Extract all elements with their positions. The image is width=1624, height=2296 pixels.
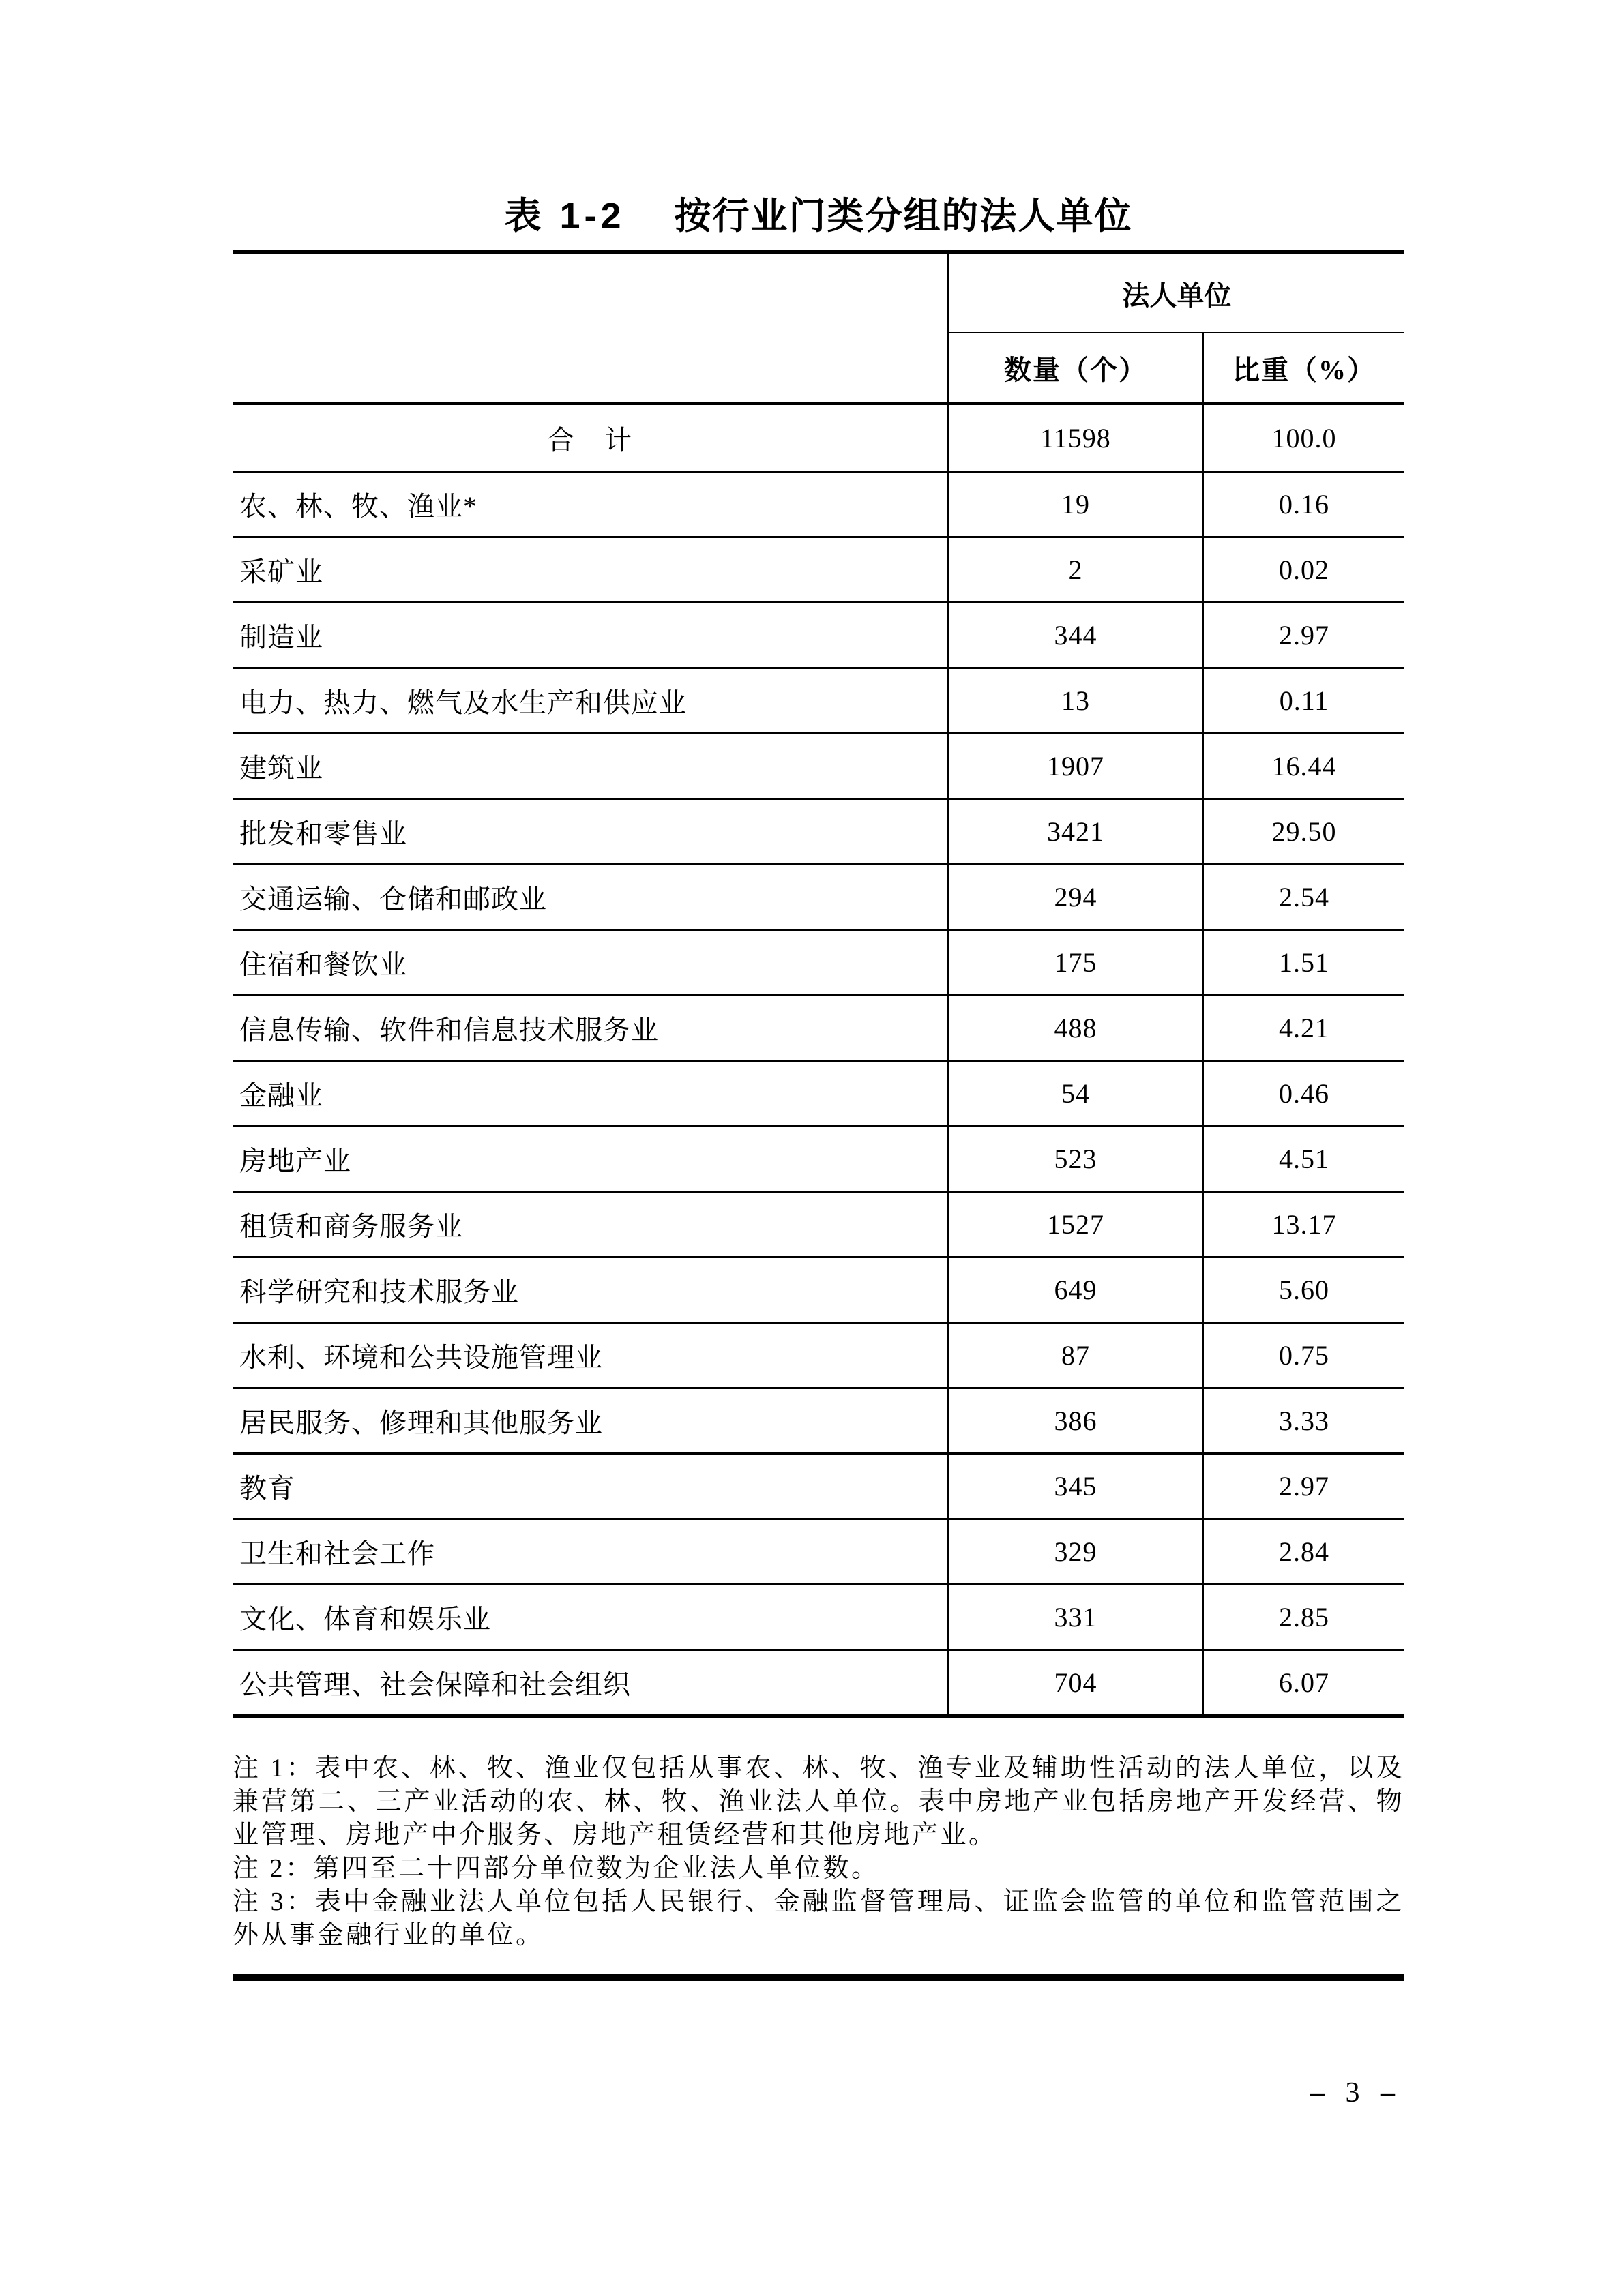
- industry-label-cell: 科学研究和技术服务业: [233, 1258, 947, 1322]
- industry-label-cell: 居民服务、修理和其他服务业: [233, 1389, 947, 1452]
- share-cell: 1.51: [1202, 931, 1404, 994]
- count-cell: 1527: [947, 1193, 1202, 1256]
- share-cell: 16.44: [1202, 734, 1404, 798]
- page-content: 表 1-2按行业门类分组的法人单位 法人单位 数量（个） 比重（%） 合 计 1…: [233, 0, 1404, 2109]
- industry-label-cell: 建筑业: [233, 734, 947, 798]
- page-number: – 3 –: [233, 2076, 1404, 2109]
- table-row: 居民服务、修理和其他服务业 386 3.33: [233, 1389, 1404, 1455]
- table-row: 公共管理、社会保障和社会组织 704 6.07: [233, 1651, 1404, 1714]
- share-cell: 0.02: [1202, 538, 1404, 601]
- industry-label-cell: 信息传输、软件和信息技术服务业: [233, 996, 947, 1060]
- share-cell: 0.11: [1202, 669, 1404, 732]
- table-row: 建筑业 1907 16.44: [233, 734, 1404, 800]
- table-row: 卫生和社会工作 329 2.84: [233, 1520, 1404, 1585]
- count-cell: 344: [947, 603, 1202, 667]
- table-row: 农、林、牧、渔业* 19 0.16: [233, 473, 1404, 538]
- industry-label-cell: 金融业: [233, 1062, 947, 1125]
- share-cell: 4.51: [1202, 1127, 1404, 1191]
- count-cell: 649: [947, 1258, 1202, 1322]
- table-header-row: 数量（个） 比重（%）: [233, 333, 1404, 405]
- table-row: 水利、环境和公共设施管理业 87 0.75: [233, 1324, 1404, 1389]
- bottom-rule: [233, 1974, 1404, 1981]
- column-group-header: 法人单位: [947, 254, 1404, 333]
- table-row: 科学研究和技术服务业 649 5.60: [233, 1258, 1404, 1324]
- share-cell: 5.60: [1202, 1258, 1404, 1322]
- table-header-group-row: 法人单位: [233, 254, 1404, 333]
- table-row: 金融业 54 0.46: [233, 1062, 1404, 1127]
- industry-label-cell: 电力、热力、燃气及水生产和供应业: [233, 669, 947, 732]
- count-cell: 294: [947, 865, 1202, 929]
- table-row: 教育 345 2.97: [233, 1455, 1404, 1520]
- total-label-cell: 合 计: [233, 405, 947, 471]
- total-count-cell: 11598: [947, 405, 1202, 471]
- table-row: 信息传输、软件和信息技术服务业 488 4.21: [233, 996, 1404, 1062]
- table-row: 制造业 344 2.97: [233, 603, 1404, 669]
- table-title-text: 按行业门类分组的法人单位: [675, 196, 1133, 237]
- share-cell: 0.16: [1202, 473, 1404, 536]
- document-page: 表 1-2按行业门类分组的法人单位 法人单位 数量（个） 比重（%） 合 计 1…: [0, 0, 1624, 2296]
- stub-header-cell-2: [233, 333, 947, 402]
- share-cell: 2.97: [1202, 1455, 1404, 1518]
- table-row: 文化、体育和娱乐业 331 2.85: [233, 1585, 1404, 1651]
- count-cell: 488: [947, 996, 1202, 1060]
- industry-table: 法人单位 数量（个） 比重（%） 合 计 11598 100.0 农、林、牧、渔…: [233, 250, 1404, 1718]
- industry-label-cell: 教育: [233, 1455, 947, 1518]
- industry-label-cell: 水利、环境和公共设施管理业: [233, 1324, 947, 1387]
- count-cell: 87: [947, 1324, 1202, 1387]
- share-cell: 29.50: [1202, 800, 1404, 863]
- count-cell: 331: [947, 1585, 1202, 1649]
- industry-label-cell: 制造业: [233, 603, 947, 667]
- table-row: 批发和零售业 3421 29.50: [233, 800, 1404, 865]
- table-row: 租赁和商务服务业 1527 13.17: [233, 1193, 1404, 1258]
- table-number: 表 1-2: [504, 196, 625, 237]
- stub-header-cell: [233, 254, 947, 333]
- share-cell: 2.84: [1202, 1520, 1404, 1583]
- footnote: 注 1：表中农、林、牧、渔业仅包括从事农、林、牧、渔专业及辅助性活动的法人单位，…: [233, 1752, 1404, 1852]
- table-row: 房地产业 523 4.51: [233, 1127, 1404, 1193]
- share-cell: 4.21: [1202, 996, 1404, 1060]
- industry-label-cell: 住宿和餐饮业: [233, 931, 947, 994]
- table-title: 表 1-2按行业门类分组的法人单位: [233, 195, 1404, 237]
- table-row: 住宿和餐饮业 175 1.51: [233, 931, 1404, 996]
- industry-label-cell: 租赁和商务服务业: [233, 1193, 947, 1256]
- industry-label-cell: 房地产业: [233, 1127, 947, 1191]
- industry-label-cell: 公共管理、社会保障和社会组织: [233, 1651, 947, 1714]
- table-row: 交通运输、仓储和邮政业 294 2.54: [233, 865, 1404, 931]
- share-column-header: 比重（%）: [1202, 333, 1404, 402]
- share-cell: 13.17: [1202, 1193, 1404, 1256]
- count-cell: 329: [947, 1520, 1202, 1583]
- industry-label-cell: 批发和零售业: [233, 800, 947, 863]
- count-cell: 704: [947, 1651, 1202, 1714]
- footnote: 注 3：表中金融业法人单位包括人民银行、金融监督管理局、证监会监管的单位和监管范…: [233, 1885, 1404, 1952]
- count-cell: 175: [947, 931, 1202, 994]
- count-cell: 2: [947, 538, 1202, 601]
- table-row: 采矿业 2 0.02: [233, 538, 1404, 603]
- share-cell: 6.07: [1202, 1651, 1404, 1714]
- count-cell: 345: [947, 1455, 1202, 1518]
- table-row: 电力、热力、燃气及水生产和供应业 13 0.11: [233, 669, 1404, 734]
- count-cell: 54: [947, 1062, 1202, 1125]
- total-row: 合 计 11598 100.0: [233, 405, 1404, 473]
- count-cell: 13: [947, 669, 1202, 732]
- industry-label-cell: 采矿业: [233, 538, 947, 601]
- share-cell: 3.33: [1202, 1389, 1404, 1452]
- industry-label-cell: 交通运输、仓储和邮政业: [233, 865, 947, 929]
- share-cell: 2.97: [1202, 603, 1404, 667]
- industry-label-cell: 文化、体育和娱乐业: [233, 1585, 947, 1649]
- count-column-header: 数量（个）: [947, 333, 1202, 402]
- share-cell: 2.85: [1202, 1585, 1404, 1649]
- count-cell: 1907: [947, 734, 1202, 798]
- count-cell: 386: [947, 1389, 1202, 1452]
- industry-label-cell: 卫生和社会工作: [233, 1520, 947, 1583]
- industry-label-cell: 农、林、牧、渔业*: [233, 473, 947, 536]
- total-share-cell: 100.0: [1202, 405, 1404, 471]
- count-cell: 19: [947, 473, 1202, 536]
- share-cell: 0.46: [1202, 1062, 1404, 1125]
- share-cell: 0.75: [1202, 1324, 1404, 1387]
- count-cell: 3421: [947, 800, 1202, 863]
- share-cell: 2.54: [1202, 865, 1404, 929]
- footnotes: 注 1：表中农、林、牧、渔业仅包括从事农、林、牧、渔专业及辅助性活动的法人单位，…: [233, 1752, 1404, 1952]
- footnote: 注 2：第四至二十四部分单位数为企业法人单位数。: [233, 1852, 1404, 1885]
- count-cell: 523: [947, 1127, 1202, 1191]
